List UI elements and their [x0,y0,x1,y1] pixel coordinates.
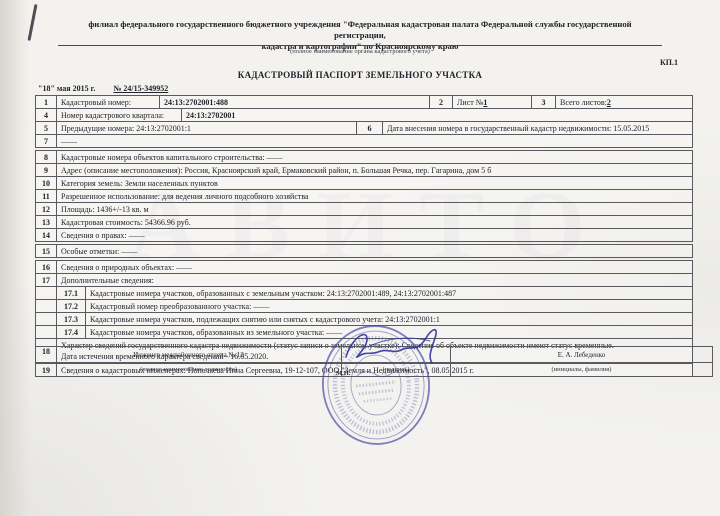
table-row-13: 13 Кадастровая стоимость: 54366.96 руб. [35,215,693,229]
previous-numbers-text: Предыдущие номера: 24:13:2702001:1 [57,122,357,134]
row-text: Кадастровые номера участков, образованны… [86,326,692,338]
row-text: Кадастровые номера объектов капитального… [57,151,692,163]
row-text: —— [57,135,692,147]
row-text: Разрешенное использование: для ведения л… [57,190,692,202]
row-number: 7 [36,135,57,147]
sheet-label: Лист № [457,98,483,107]
org-caption: (полное наименование органа кадастрового… [62,48,658,55]
cadastral-number-label: Кадастровый номер: [57,96,160,108]
row-text: Сведения о природных объектах: —— [57,261,692,273]
cadastral-number-value: 24:13:2702001:488 [160,96,430,108]
row-number: 1 [36,96,57,108]
row-number: 6 [357,122,383,134]
row-text: Площадь: 1436+/-13 кв. м [57,203,692,215]
table-row-17-3: 17.3 Кадастровые номера участков, подлеж… [35,312,693,326]
row-text: Кадастровый номер преобразованного участ… [86,300,692,312]
row-number: 5 [36,122,57,134]
table-row-15: 15 Особые отметки: —— [35,244,693,258]
document-number: № 24/15-349952 [113,84,168,93]
table-row-14: 14 Сведения о правах: —— [35,228,693,242]
scanned-cadastral-passport-page: АВИТО филиал федерального государственно… [0,0,720,516]
quarter-number-label: Номер кадастрового квартала: [57,109,182,121]
document-date: "18" мая 2015 г. [38,84,95,93]
row-text: Кадастровые номера участков, подлежащих … [86,313,692,325]
row-number: 15 [36,245,57,257]
row-number: 16 [36,261,57,273]
registry-date-text: Дата внесения номера в государственный к… [383,122,692,134]
row-number-spacer [36,300,57,312]
row-number: 8 [36,151,57,163]
table-row-17-2: 17.2 Кадастровый номер преобразованного … [35,299,693,313]
table-row-16: 16 Сведения о природных объектах: —— [35,260,693,274]
row-number: 12 [36,203,57,215]
table-row-7: 7 —— [35,134,693,148]
org-name-line1: филиал федерального государственного бюд… [62,19,658,41]
row-text: Особые отметки: —— [57,245,692,257]
table-row-4: 4 Номер кадастрового квартала: 24:13:270… [35,108,693,122]
date-line: "18" мая 2015 г. № 24/15-349952 [38,84,168,93]
sheet-value: 1 [483,98,487,107]
row-text: Кадастровые номера участков, образованны… [86,287,692,299]
signature-table: Инженер межрайонного отдела № 12 Е. А. Л… [35,347,713,377]
row-number: 14 [36,229,57,241]
row-number-spacer [36,326,57,338]
sheet-cell: Лист № 1 [453,96,532,108]
name-caption: (инициалы, фамилия) [451,363,712,376]
position-title: Инженер межрайонного отдела № 12 [36,347,342,362]
row-number: 11 [36,190,57,202]
signature-cell [342,347,451,362]
row-number: 17 [36,274,57,286]
row-number: 10 [36,177,57,189]
stamp-place-label: М.П. [336,370,350,377]
pen-mark [27,4,37,41]
sub-row-number: 17.1 [57,287,86,299]
cadastral-table: 1 Кадастровый номер: 24:13:2702001:488 2… [35,96,693,377]
form-code: КП.1 [660,58,678,67]
table-row-9: 9 Адрес (описание местоположения): Росси… [35,163,693,177]
row-number-spacer [36,287,57,299]
quarter-number-value: 24:13:2702001 [182,109,692,121]
row-text: Адрес (описание местоположения): Россия,… [57,164,692,176]
table-row-17: 17 Дополнительные сведения: [35,273,693,287]
row-number: 9 [36,164,57,176]
sub-row-number: 17.3 [57,313,86,325]
row-number: 13 [36,216,57,228]
sub-row-number: 17.4 [57,326,86,338]
total-sheets-value: 2 [607,98,611,107]
document-title: КАДАСТРОВЫЙ ПАСПОРТ ЗЕМЕЛЬНОГО УЧАСТКА [0,70,720,80]
signature-row: Инженер межрайонного отдела № 12 Е. А. Л… [35,346,713,363]
table-row-5-6: 5 Предыдущие номера: 24:13:2702001:1 6 Д… [35,121,693,135]
table-row-17-4: 17.4 Кадастровые номера участков, образо… [35,325,693,339]
table-row-17-1: 17.1 Кадастровые номера участков, образо… [35,286,693,300]
row-text: Дополнительные сведения: [57,274,692,286]
total-sheets-cell: Всего листов: 2 [556,96,692,108]
signer-name: Е. А. Лебеденко [451,347,712,362]
row-text: Сведения о правах: —— [57,229,692,241]
table-row-8: 8 Кадастровые номера объектов капитально… [35,150,693,164]
table-row-10: 10 Категория земель: Земли населенных пу… [35,176,693,190]
org-underline [58,45,662,46]
signature-caption: (подпись) [342,363,451,376]
caption-row: (полное наименование должности) (подпись… [35,362,713,377]
row-text: Категория земель: Земли населенных пункт… [57,177,692,189]
row-number-spacer [36,313,57,325]
row-number: 3 [532,96,556,108]
row-text: Кадастровая стоимость: 54366.96 руб. [57,216,692,228]
table-row-1: 1 Кадастровый номер: 24:13:2702001:488 2… [35,95,693,109]
table-row-11: 11 Разрешенное использование: для ведени… [35,189,693,203]
position-caption: (полное наименование должности) [36,363,342,376]
row-number: 4 [36,109,57,121]
table-row-12: 12 Площадь: 1436+/-13 кв. м [35,202,693,216]
sub-row-number: 17.2 [57,300,86,312]
row-number: 2 [430,96,453,108]
total-sheets-label: Всего листов: [560,98,607,107]
